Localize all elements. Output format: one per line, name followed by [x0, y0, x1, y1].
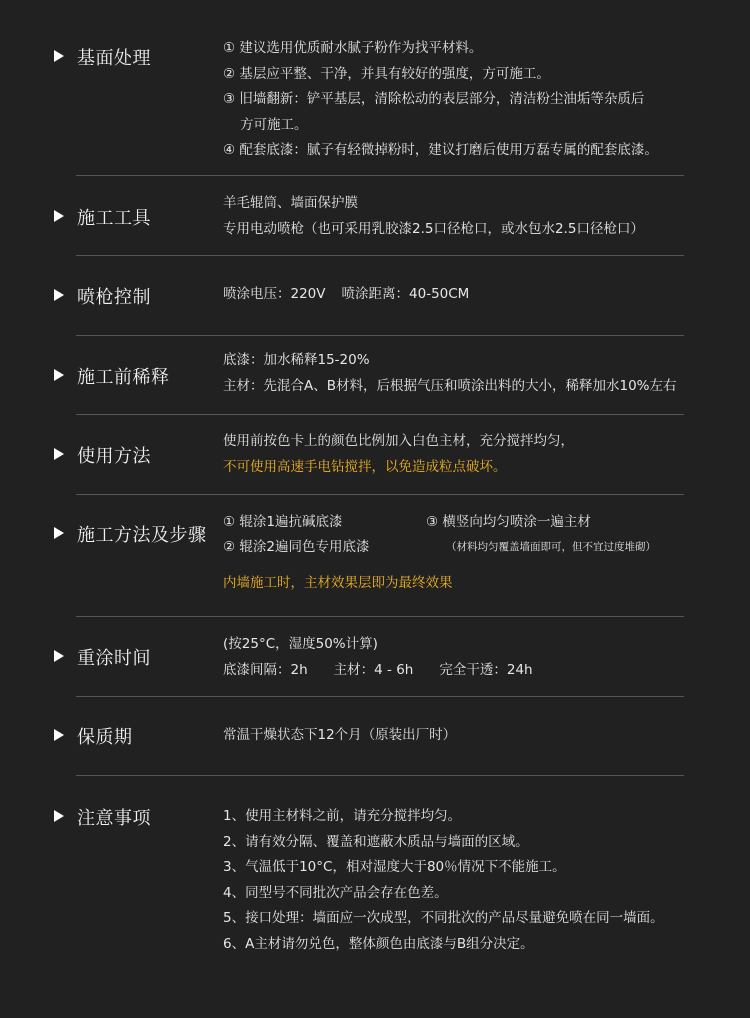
divider [76, 616, 684, 617]
content-line: 专用电动喷枪（也可采用乳胶漆2.5口径枪口，或水包水2.5口径枪口） [223, 217, 644, 243]
section-title: 施工工具 [77, 204, 151, 230]
recoat-time-full-dry: 完全干透：24h [439, 662, 532, 678]
section-content: 使用前按色卡上的颜色比例加入白色主材，充分搅拌均匀， 不可使用高速手电钻搅拌，以… [223, 429, 574, 480]
steps-final-note: 内墙施工时，主材效果层即为最终效果 [223, 571, 453, 597]
triangle-right-icon [54, 527, 64, 539]
divider [76, 414, 684, 415]
section-title: 基面处理 [77, 44, 151, 70]
triangle-right-icon [54, 448, 64, 460]
section-title: 施工方法及步骤 [77, 521, 207, 547]
section-content: 底漆：加水稀释15-20% 主材：先混合A、B材料，后根据气压和喷涂出料的大小，… [223, 348, 677, 399]
content-line: 底漆：加水稀释15-20% [223, 348, 677, 374]
section-content: 常温干燥状态下12个月（原装出厂时） [223, 723, 456, 749]
triangle-right-icon [54, 729, 64, 741]
section-content: (按25°C，湿度50%计算) 底漆间隔：2h主材：4 - 6h完全干透：24h [223, 632, 533, 683]
spray-voltage: 喷涂电压：220V [223, 286, 326, 302]
content-line: 常温干燥状态下12个月（原装出厂时） [223, 723, 456, 749]
triangle-right-icon [54, 210, 64, 222]
triangle-right-icon [54, 650, 64, 662]
recoat-time-main: 主材：4 - 6h [334, 662, 414, 678]
content-line: 主材：先混合A、B材料，后根据气压和喷涂出料的大小，稀释加水10%左右 [223, 374, 677, 400]
section-content: 羊毛辊筒、墙面保护膜 专用电动喷枪（也可采用乳胶漆2.5口径枪口，或水包水2.5… [223, 191, 644, 242]
content-line: 使用前按色卡上的颜色比例加入白色主材，充分搅拌均匀， [223, 429, 574, 455]
content-line: ③ 旧墙翻新：铲平基层，清除松动的表层部分，清洁粉尘油垢等杂质后 [223, 87, 658, 113]
section-content: 1、使用主材料之前，请充分搅拌均匀。 2、请有效分隔、覆盖和遮蔽木质品与墙面的区… [223, 804, 664, 957]
divider [76, 775, 684, 776]
step-item: ② 辊涂2遍同色专用底漆 [223, 535, 369, 560]
triangle-right-icon [54, 810, 64, 822]
content-line: 方可施工。 [223, 113, 658, 139]
note-item: 1、使用主材料之前，请充分搅拌均匀。 [223, 804, 664, 830]
recoat-condition: (按25°C，湿度50%计算) [223, 632, 533, 658]
section-title: 保质期 [77, 723, 133, 749]
note-item: 2、请有效分隔、覆盖和遮蔽木质品与墙面的区域。 [223, 830, 664, 856]
content-line: ④ 配套底漆：腻子有轻微掉粉时，建议打磨后使用万磊专属的配套底漆。 [223, 138, 658, 164]
content-line: ① 建议选用优质耐水腻子粉作为找平材料。 [223, 36, 658, 62]
divider [76, 696, 684, 697]
triangle-right-icon [54, 369, 64, 381]
recoat-time-primer: 底漆间隔：2h [223, 662, 308, 678]
warning-line: 不可使用高速手电钻搅拌，以免造成粒点破坏。 [223, 455, 574, 481]
spray-distance: 喷涂距离：40-50CM [342, 286, 470, 302]
note-item: 6、A主材请勿兑色，整体颜色由底漆与B组分决定。 [223, 932, 664, 958]
section-title: 喷枪控制 [77, 283, 151, 309]
divider [76, 335, 684, 336]
step-item: ① 辊涂1遍抗碱底漆 [223, 510, 369, 535]
section-title: 施工前稀释 [77, 363, 170, 389]
note-item: 5、接口处理：墙面应一次成型，不同批次的产品尽量避免喷在同一墙面。 [223, 906, 664, 932]
divider [76, 255, 684, 256]
divider [76, 494, 684, 495]
section-title: 重涂时间 [77, 644, 151, 670]
section-content: 喷涂电压：220V喷涂距离：40-50CM [223, 282, 469, 308]
triangle-right-icon [54, 289, 64, 301]
section-title: 注意事项 [77, 804, 151, 830]
note-item: 3、气温低于10°C，相对湿度大于80％情况下不能施工。 [223, 855, 664, 881]
step-note: （材料均匀覆盖墙面即可，但不宜过度堆砌） [426, 535, 656, 560]
content-line: ② 基层应平整、干净，并具有较好的强度，方可施工。 [223, 62, 658, 88]
note-item: 4、同型号不同批次产品会存在色差。 [223, 881, 664, 907]
content-line: 羊毛辊筒、墙面保护膜 [223, 191, 644, 217]
step-item: ③ 横竖向均匀喷涂一遍主材 [426, 510, 656, 535]
section-content: ① 建议选用优质耐水腻子粉作为找平材料。 ② 基层应平整、干净，并具有较好的强度… [223, 36, 658, 164]
triangle-right-icon [54, 50, 64, 62]
divider [76, 175, 684, 176]
section-title: 使用方法 [77, 442, 151, 468]
